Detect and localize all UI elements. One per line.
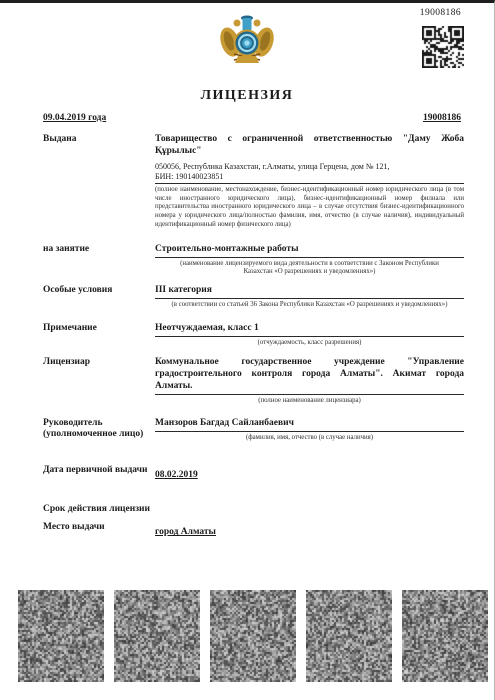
divider [155, 336, 464, 337]
stamp-noise-block [18, 590, 104, 682]
field-label: Лицензиар [43, 356, 155, 406]
field-label: Примечание [43, 322, 155, 348]
licensor-value: Коммунальное государственное учреждение … [155, 356, 464, 392]
issue-date: 09.04.2019 года [43, 113, 106, 123]
kazakhstan-emblem-icon [216, 14, 278, 68]
divider [155, 431, 464, 432]
field-row-special-conditions: Особые условия III категория (в соответс… [43, 284, 464, 310]
field-label: Руководитель (уполномоченное лицо) [43, 417, 155, 443]
activity-value: Строительно-монтажные работы [155, 243, 464, 255]
field-row-head: Руководитель (уполномоченное лицо) Манзо… [43, 417, 464, 443]
issue-place-value: город Алматы [155, 527, 216, 537]
field-label: Дата первичной выдачи [43, 464, 155, 482]
stamp-noise-block [210, 590, 296, 682]
field-row-activity: на занятие Строительно-монтажные работы … [43, 243, 464, 277]
stamp-noise-block [114, 590, 200, 682]
field-row-validity: Срок действия лицензии [43, 503, 464, 515]
doc-number-top: 19008186 [420, 8, 461, 18]
divider [155, 183, 464, 184]
stamp-noise-block [306, 590, 392, 682]
licensee-bin: БИН: 190140023851 [155, 172, 464, 182]
fields-area: Выдана Товарищество с ограниченной ответ… [43, 133, 464, 539]
field-caption: (фамилия, имя, отчество (в случае наличи… [155, 434, 464, 443]
stamp-noise-block [402, 590, 488, 682]
field-label: Место выдачи [43, 521, 155, 539]
field-caption: (полное наименование лицензиара) [155, 397, 464, 406]
field-row-note: Примечание Неотчуждаемая, класс 1 (отчуж… [43, 322, 464, 348]
license-number: 19008186 [423, 113, 461, 123]
field-row-issue-place: Место выдачи город Алматы [43, 521, 464, 539]
license-document-page: 19008186 ЛИЦЕНЗИЯ 09.04.2019 года 190081… [0, 0, 495, 700]
field-label: Особые условия [43, 284, 155, 310]
divider [155, 394, 464, 395]
field-label: Срок действия лицензии [43, 503, 155, 515]
divider [155, 257, 464, 258]
first-issue-date-value: 08.02.2019 [155, 470, 198, 480]
qr-code-icon [422, 26, 464, 68]
field-caption: (отчуждаемость, класс разрешения) [155, 339, 464, 348]
special-conditions-value: III категория [155, 284, 464, 296]
field-row-licensor: Лицензиар Коммунальное государственное у… [43, 356, 464, 406]
field-label: Выдана [43, 133, 155, 230]
date-number-row: 09.04.2019 года 19008186 [43, 113, 461, 123]
field-caption: (в соответствии со статьей 36 Закона Рес… [155, 301, 464, 310]
divider [155, 298, 464, 299]
page-title: ЛИЦЕНЗИЯ [0, 88, 494, 104]
field-label: на занятие [43, 243, 155, 277]
field-caption: (полное наименование, местонахождение, б… [155, 186, 464, 230]
field-caption: (наименование лицензируемого вида деятел… [155, 260, 464, 277]
redacted-stamps-strip [18, 590, 488, 682]
head-value: Манзоров Багдад Сайланбаевич [155, 417, 464, 429]
note-value: Неотчуждаемая, класс 1 [155, 322, 464, 334]
licensee-name: Товарищество с ограниченной ответственно… [155, 133, 464, 157]
field-row-issued-to: Выдана Товарищество с ограниченной ответ… [43, 133, 464, 230]
licensee-address: 050056, Республика Казахстан, г.Алматы, … [155, 162, 464, 172]
field-row-first-issue-date: Дата первичной выдачи 08.02.2019 [43, 464, 464, 482]
